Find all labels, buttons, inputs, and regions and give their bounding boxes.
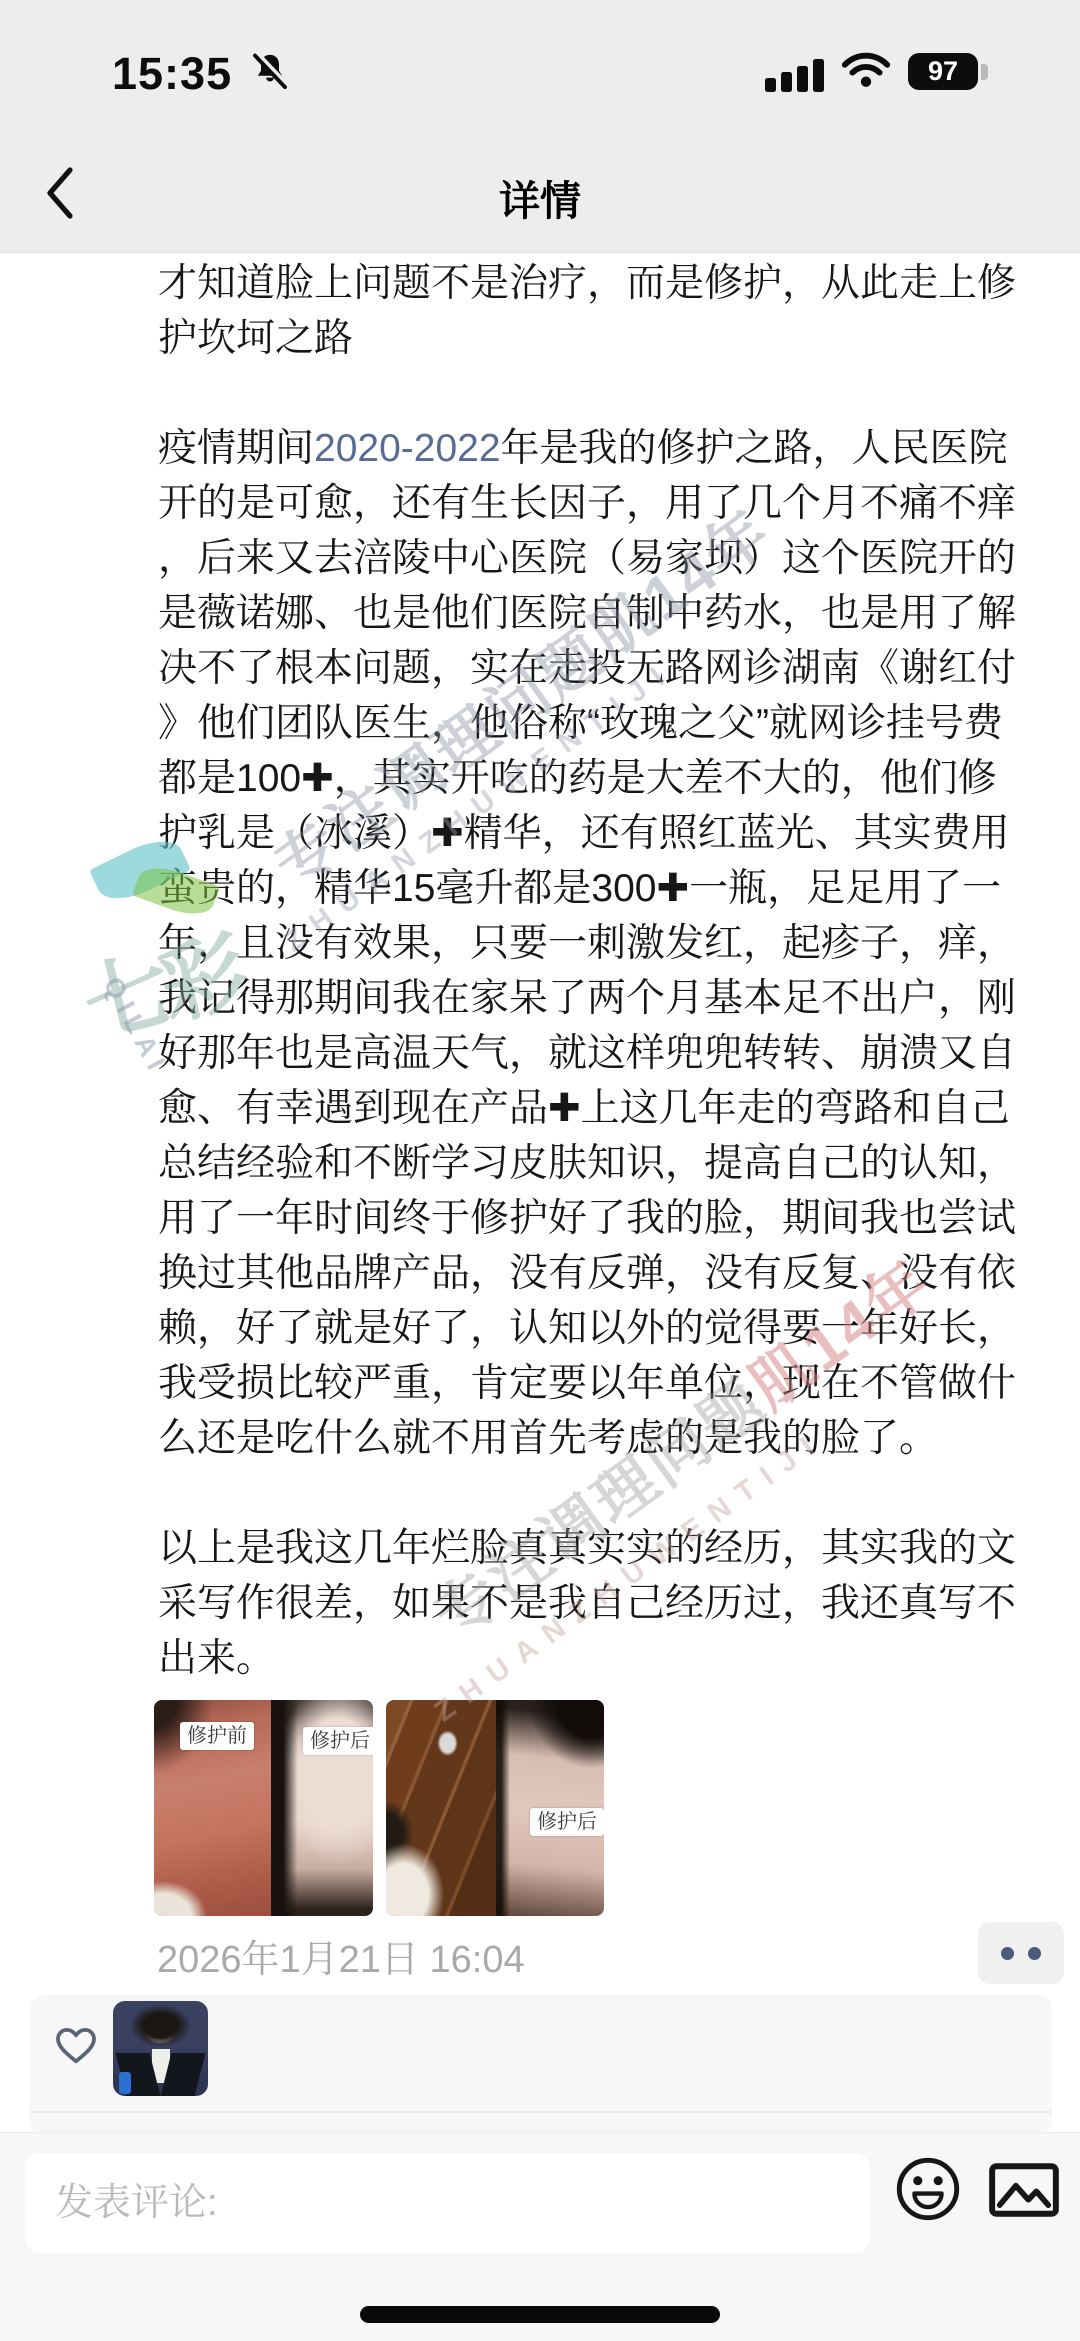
- wifi-icon: [840, 50, 892, 95]
- paragraph-2: 疫情期间2020-2022年是我的修护之路，人民医院开的是可愈，还有生长因子，用…: [158, 421, 1018, 1466]
- battery-icon: 97: [908, 53, 978, 90]
- photo-picker-button[interactable]: [988, 2163, 1060, 2217]
- battery-nub: [981, 64, 988, 80]
- picture-icon: [988, 2163, 1060, 2217]
- battery-percent: 97: [928, 56, 958, 87]
- photo-label-before: 修护前: [180, 1722, 254, 1750]
- status-time: 15:35: [112, 48, 232, 100]
- paragraph-2-rest: 年是我的修护之路，人民医院开的是可愈，还有生长因子，用了几个月不痛不痒，后来又去…: [158, 427, 1016, 1460]
- photo-label-after: 修护后: [303, 1727, 373, 1755]
- dot-icon: [1028, 1947, 1041, 1960]
- year-range-link[interactable]: 2020-2022: [314, 427, 501, 470]
- post-body: 才知道脸上问题不是治疗，而是修护，从此走上修护坎坷之路 疫情期间2020-202…: [158, 256, 1018, 1741]
- liker-avatar[interactable]: [113, 2001, 208, 2096]
- dot-icon: [1001, 1947, 1014, 1960]
- paragraph-1: 才知道脸上问题不是治疗，而是修护，从此走上修护坎坷之路: [158, 256, 1018, 366]
- smiley-icon: [894, 2155, 962, 2223]
- before-after-photo-2[interactable]: 修护后: [386, 1700, 604, 1916]
- comment-input[interactable]: [25, 2153, 870, 2253]
- heart-like-icon: [52, 2022, 100, 2072]
- top-bar: 15:35 97: [0, 0, 1080, 253]
- paragraph-3: 以上是我这几年烂脸真真实实的经历，其实我的文采写作很差，如果不是我自己经历过，我…: [158, 1521, 1018, 1686]
- home-indicator: [360, 2306, 720, 2323]
- more-options-button[interactable]: [978, 1922, 1064, 1984]
- mute-bell-icon: [248, 48, 292, 99]
- before-after-photo-1[interactable]: 修护前 修护后: [154, 1700, 373, 1916]
- photo-label-after: 修护后: [530, 1808, 604, 1836]
- page-title: 详情: [0, 168, 1080, 227]
- photo2-before-half: [386, 1700, 496, 1916]
- cellular-signal-icon: [765, 56, 827, 92]
- paragraph-2-prefix: 疫情期间: [158, 427, 314, 470]
- app-screen: 15:35 97: [0, 0, 1080, 2341]
- avatar-bottle: [119, 2072, 131, 2094]
- post-timestamp: 2026年1月21日 16:04: [157, 1928, 525, 1983]
- likes-comments-divider: [30, 2111, 1052, 2113]
- emoji-button[interactable]: [894, 2155, 962, 2223]
